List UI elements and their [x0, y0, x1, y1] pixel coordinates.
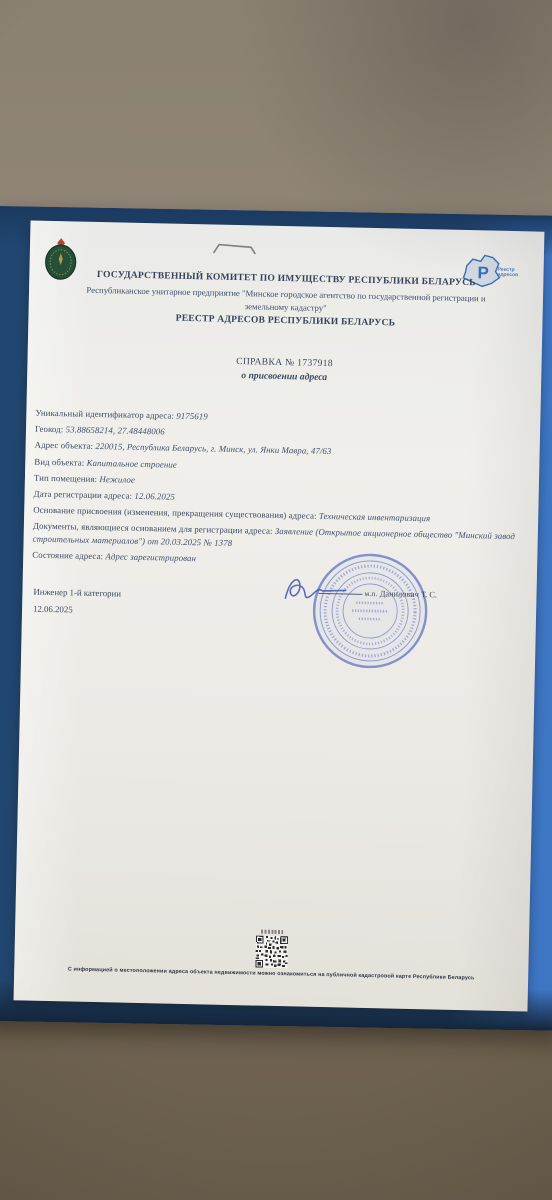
field-value: 9175619 [176, 411, 208, 422]
field-label: Состояние адреса: [32, 550, 103, 562]
field-value: 220015, Республика Беларусь, г. Минск, у… [95, 441, 331, 456]
logo-caption: Реестр адресов [497, 268, 531, 279]
field-label: Адрес объекта: [35, 440, 94, 451]
signer-block: Инженер 1-й категории 12.06.2025 [33, 584, 121, 620]
field-value: 53.88658214, 27.48448006 [66, 424, 165, 436]
signer-position: Инженер 1-й категории [33, 584, 121, 603]
photo-scene: Р Реестр адресов ГОСУДАРСТВЕННЫЙ КОМИТЕТ… [0, 0, 552, 1200]
field-label: Уникальный идентификатор адреса: [35, 408, 174, 421]
signer-date: 12.06.2025 [33, 601, 121, 620]
staple-icon [211, 241, 257, 256]
field-label: Вид объекта: [34, 456, 84, 467]
field-label: Дата регистрации адреса: [34, 489, 133, 501]
field-value: 12.06.2025 [134, 491, 175, 502]
seal-place-note: м.п. [364, 590, 377, 598]
signer-name: Данилович Т. С. [380, 589, 437, 599]
document-header: ГОСУДАРСТВЕННЫЙ КОМИТЕТ ПО ИМУЩЕСТВУ РЕС… [28, 268, 543, 331]
field-value: Адрес зарегистрирован [105, 551, 196, 563]
field-value: Нежилое [99, 474, 135, 485]
signature-rule [319, 592, 363, 594]
field-label: Тип помещения: [34, 472, 97, 483]
field-label: Основание присвоения (изменения, прекращ… [33, 505, 317, 521]
fields-list: Уникальный идентификатор адреса: 9175619… [32, 407, 518, 576]
field-label: Геокод: [35, 424, 64, 435]
qr-code [255, 936, 288, 969]
field-value: Капитальное строение [87, 457, 177, 469]
certificate-page: Р Реестр адресов ГОСУДАРСТВЕННЫЙ КОМИТЕТ… [14, 220, 545, 1011]
field-value: Техническая инвентаризация [319, 511, 431, 523]
qr-caption-marks [261, 930, 283, 934]
certificate-title: СПРАВКА № 1737918 о присвоении адреса [27, 351, 541, 387]
